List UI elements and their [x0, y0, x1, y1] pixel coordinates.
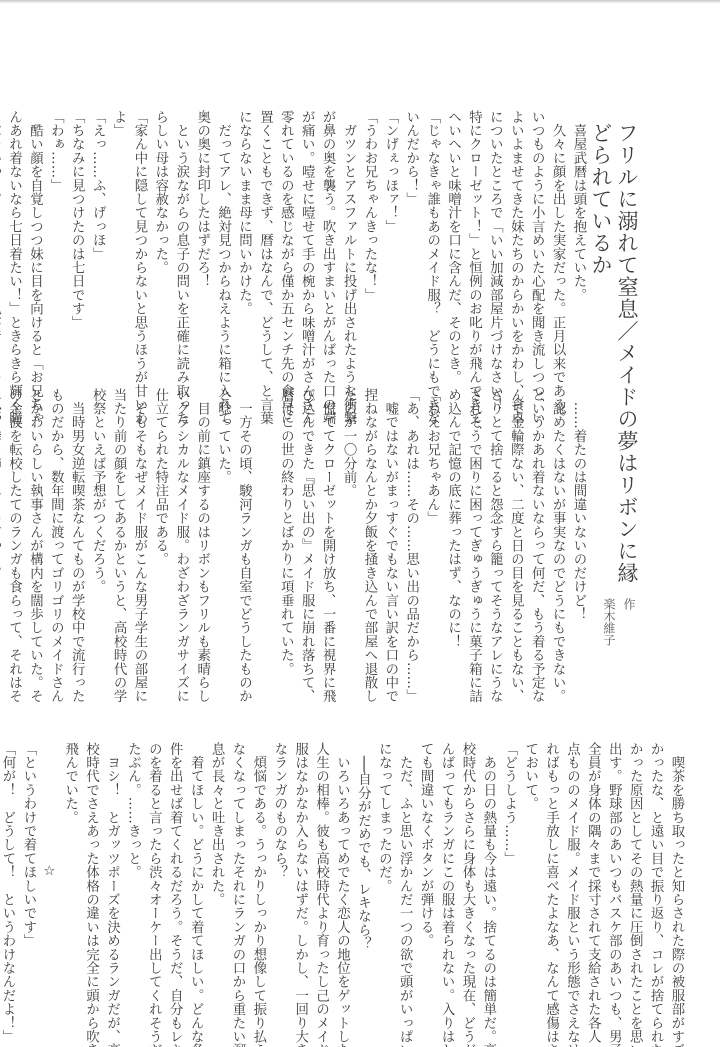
text-line: 件を出せば着てくれるだろう。そうだ、自分もレキ: [163, 742, 184, 1002]
text-line: 「ちなみに見つけたのは七日です」: [65, 110, 86, 370]
text-line: いクラシカルなメイド服。わざわざランガサイズに: [170, 388, 191, 648]
text-line: ガツンとアスファルトに投げ出されたような衝撃: [337, 110, 358, 370]
text-line: よ」: [107, 110, 128, 370]
text-line: よいよませてきた妹たちのからかいをかわし、食卓: [504, 110, 525, 370]
text-line: 点もののメイド服。メイド服という形態でさえなけ: [561, 742, 582, 1002]
text-line: 着てほしい。どうにかして着てほしい。どんな条: [184, 742, 205, 1002]
text-line: ──自分がだめでも、レキなら？: [352, 742, 373, 1002]
text-line: ものだから、数年間に渡ってゴリゴリのメイドさん: [44, 388, 65, 648]
text-line: 「えっ……ふ、げっほ」: [86, 110, 107, 370]
story-title: フリルに溺れて窒息／メイドの夢はリボンに縁どられているか: [614, 122, 640, 592]
text-line: ヨシ！ とガッツポーズを決めるランガだが、高: [101, 742, 122, 1002]
text-line: いろいろあってめでたく恋人の地位をゲットした: [331, 742, 352, 1002]
text-line: なくなってしまったそれにランガの口から重たい溜: [226, 742, 247, 1002]
text-line: んて金輪際ない、二度と日の目を見ることもない、: [504, 388, 525, 648]
text-line: 目の前に鎮座するのはリボンもフリルも素晴らし: [191, 388, 212, 648]
text-line: 暦はこの世の終わりとばかりに項垂れていた。: [274, 388, 295, 648]
text-line: 全員が身体の隅々まで採寸されて支給された各人一: [581, 742, 602, 1002]
text-line: そもそもなぜメイド服がこんな男子学生の部屋に: [128, 388, 149, 648]
text-line: [254, 388, 275, 648]
text-line: が鼻の奥を襲う。吹き出すまいとがんばった口の端: [316, 110, 337, 370]
text-line: 「じゃなきゃ誰もあのメイド服？ どうにもできな: [421, 110, 442, 370]
text-line: いつものように小言めいた心配を聞き流しつつ、い: [525, 110, 546, 370]
author-label: 作: [622, 598, 636, 610]
text-line: 「どうしよう……」: [498, 742, 519, 1002]
author-credit: 作 楽木維子: [619, 598, 639, 678]
text-line: ればもっと手放しに喜べたよなあ、なんて感傷はさ: [540, 742, 561, 1002]
text-line: 久々に顔を出した実家だった。正月以来である。: [546, 110, 567, 370]
text-line: にならないまま母に問いかけた。: [233, 110, 254, 370]
page-top-edge: [0, 0, 720, 3]
text-line: 置くこともできず、暦はなんで、どうして、と言葉: [254, 110, 275, 370]
text-line: 校祭といえば予想がつくだろう。: [86, 388, 107, 648]
text-line: たぶん。……きっと。: [122, 742, 143, 1002]
text-line: 嘘ではないがまっすぐでもない言い訳を口の中で: [379, 388, 400, 648]
text-line: されそうで困りに困ってぎゅうぎゅうに菓子箱に詰: [463, 388, 484, 648]
text-line: 校時代からさらに身体も大きくなった現在、どうが: [456, 742, 477, 1002]
text-line: にぶつかった。そもそもアレを兄が着たものと思っ: [0, 110, 3, 370]
text-line: 認めたくはないが事実なのでどうにもできない。: [546, 388, 567, 648]
text-line: と唸っていた。: [212, 388, 233, 648]
text-line: 息が長々と吐き出された。: [205, 742, 226, 1002]
text-line: 「家ん中に隠して見つからないと思うほうが甘いわ: [128, 110, 149, 370]
text-line: ておいて。: [519, 742, 540, 1002]
text-line: というかあれ着ないならって何だ、もう着る予定な: [525, 388, 546, 648]
text-line: んばってもランガにこの服は着られない。入りはし: [435, 742, 456, 1002]
text-line: 特にクローゼット！」と恒例のお叱りが飛んできて、: [463, 110, 484, 370]
text-line: 喜屋武暦は頭を抱えていた。: [567, 110, 588, 370]
text-line: 仕立てられた特注品である。: [149, 388, 170, 648]
text-line: が痛い。噎せに噎せて手の椀から味噌汁がさんざん: [295, 110, 316, 370]
text-line: 「あ、あれは……その……思い出の品だから……」: [400, 388, 421, 648]
text-line: 服はなかなか入らないはずだ。しかし、一回り大き: [289, 742, 310, 1002]
text-line: たのが一〇分前。: [337, 388, 358, 648]
text-line: あの日の熱量も今は遠い。捨てるのは簡単だ。高: [477, 742, 498, 1002]
text-line: び込んできた『思い出の』メイド服に崩れ落ちて、: [295, 388, 316, 648]
text-line: 校時代でさえあった体格の違いは完全に頭から吹き: [80, 742, 101, 1002]
text-line: かったな、と遠い目で振り返り、コレが捨てられな: [644, 742, 665, 1002]
text-line: んあれ着ないなら七日着たい！」ときらきら輝く瞳: [3, 110, 24, 370]
text-line: かった原因としてその熱量に圧倒されたことを思い: [623, 742, 644, 1002]
section-break-star: ☆: [38, 742, 59, 1002]
text-line: 煩悩である。うっかりしっかり想像して振り払え: [247, 742, 268, 1002]
text-line: 一方その頃、駿河ランガも自室でどうしたものか: [233, 388, 254, 648]
text-line: 捏ねながらなんとか夕飯を掻き込んで部屋へ退散し: [358, 388, 379, 648]
text-line: 「というわけで着てほしいです」: [17, 742, 38, 1002]
text-line: 喫茶を勝ち取ったと知らされた際の被服部がすご: [665, 742, 686, 1002]
text-line: め込んで記憶の底に葬ったはず、なのに！: [442, 388, 463, 648]
text-line: いんだから！」: [400, 110, 421, 370]
text-block-tier3: 喫茶を勝ち取ったと知らされた際の被服部がすごかったな、と遠い目で振り返り、コレが…: [40, 742, 686, 1002]
text-line: の余波を転校したてのランガも食らって、それはそ: [3, 388, 24, 648]
text-line: 「何が！ どうして！ というわけなんだよ！」: [0, 742, 17, 1002]
text-block-tier1: 喜屋武暦は頭を抱えていた。 久々に顔を出した実家だった。正月以来である。いつもの…: [40, 110, 588, 370]
text-line: 「ンげぇっほァ！」: [379, 110, 400, 370]
text-line: 慌ててクローゼットを開け放ち、一番に視界に飛: [316, 388, 337, 648]
text-line: 出す。野球部のあいつもバスケ部のあいつも、男子: [602, 742, 623, 1002]
text-block-tier2: ……着たのは間違いないのだけど！ 認めたくはないが事実なのでどうにもできない。と…: [40, 388, 588, 648]
text-line: とかわいらしい執事さんが構内を闊歩していた。そ: [24, 388, 45, 648]
text-line: 飛んでいた。: [59, 742, 80, 1002]
text-line: 酷い顔を自覚しつつ妹に目を向けると「お兄ちゃ: [24, 110, 45, 370]
text-line: なランガのものなら？: [268, 742, 289, 1002]
text-line: 零れているのを感じながら僅か五センチ先の食卓に: [274, 110, 295, 370]
text-line: についたところで「いい加減部屋片づけなさい！: [483, 110, 504, 370]
text-line: のを着ると言ったら渋々オーケー出してくれそうだ。: [142, 742, 163, 1002]
text-line: 奥の奥に封印したはずだろ！: [191, 110, 212, 370]
text-line: 「うわお兄ちゃんきったな！」: [358, 110, 379, 370]
text-line: ても間違いなくボタンが弾ける。: [414, 742, 435, 1002]
text-line: になってしまったのだ。: [372, 742, 393, 1002]
text-line: 「ねえお兄ちゃあん」: [421, 388, 442, 648]
text-line: 「わぁ……」: [44, 110, 65, 370]
text-line: 当時男女逆転喫茶なんてものが学校中で流行った: [65, 388, 86, 648]
text-line: だってアレ、絶対見つからねえように箱に入れて: [212, 110, 233, 370]
text-line: 人生の相棒。彼も高校時代より育ったし己のメイド: [310, 742, 331, 1002]
text-line: ……着たのは間違いないのだけど！: [567, 388, 588, 648]
author-name: 楽木維子: [602, 598, 616, 646]
text-line: 当たり前の顔をしてあるかというと、高校時代の学: [107, 388, 128, 648]
text-line: らしい母は容赦なかった。: [149, 110, 170, 370]
text-line: へいへいと味噌汁を口に含んだ、そのとき。: [442, 110, 463, 370]
text-line: さりとて捨てると怨念すら籠ってそうなアレにうな: [483, 388, 504, 648]
text-line: という涙ながらの息子の問いを正確に読み取った: [170, 110, 191, 370]
text-line: ただ、ふと思い浮かんだ一つの欲で頭がいっぱい: [393, 742, 414, 1002]
